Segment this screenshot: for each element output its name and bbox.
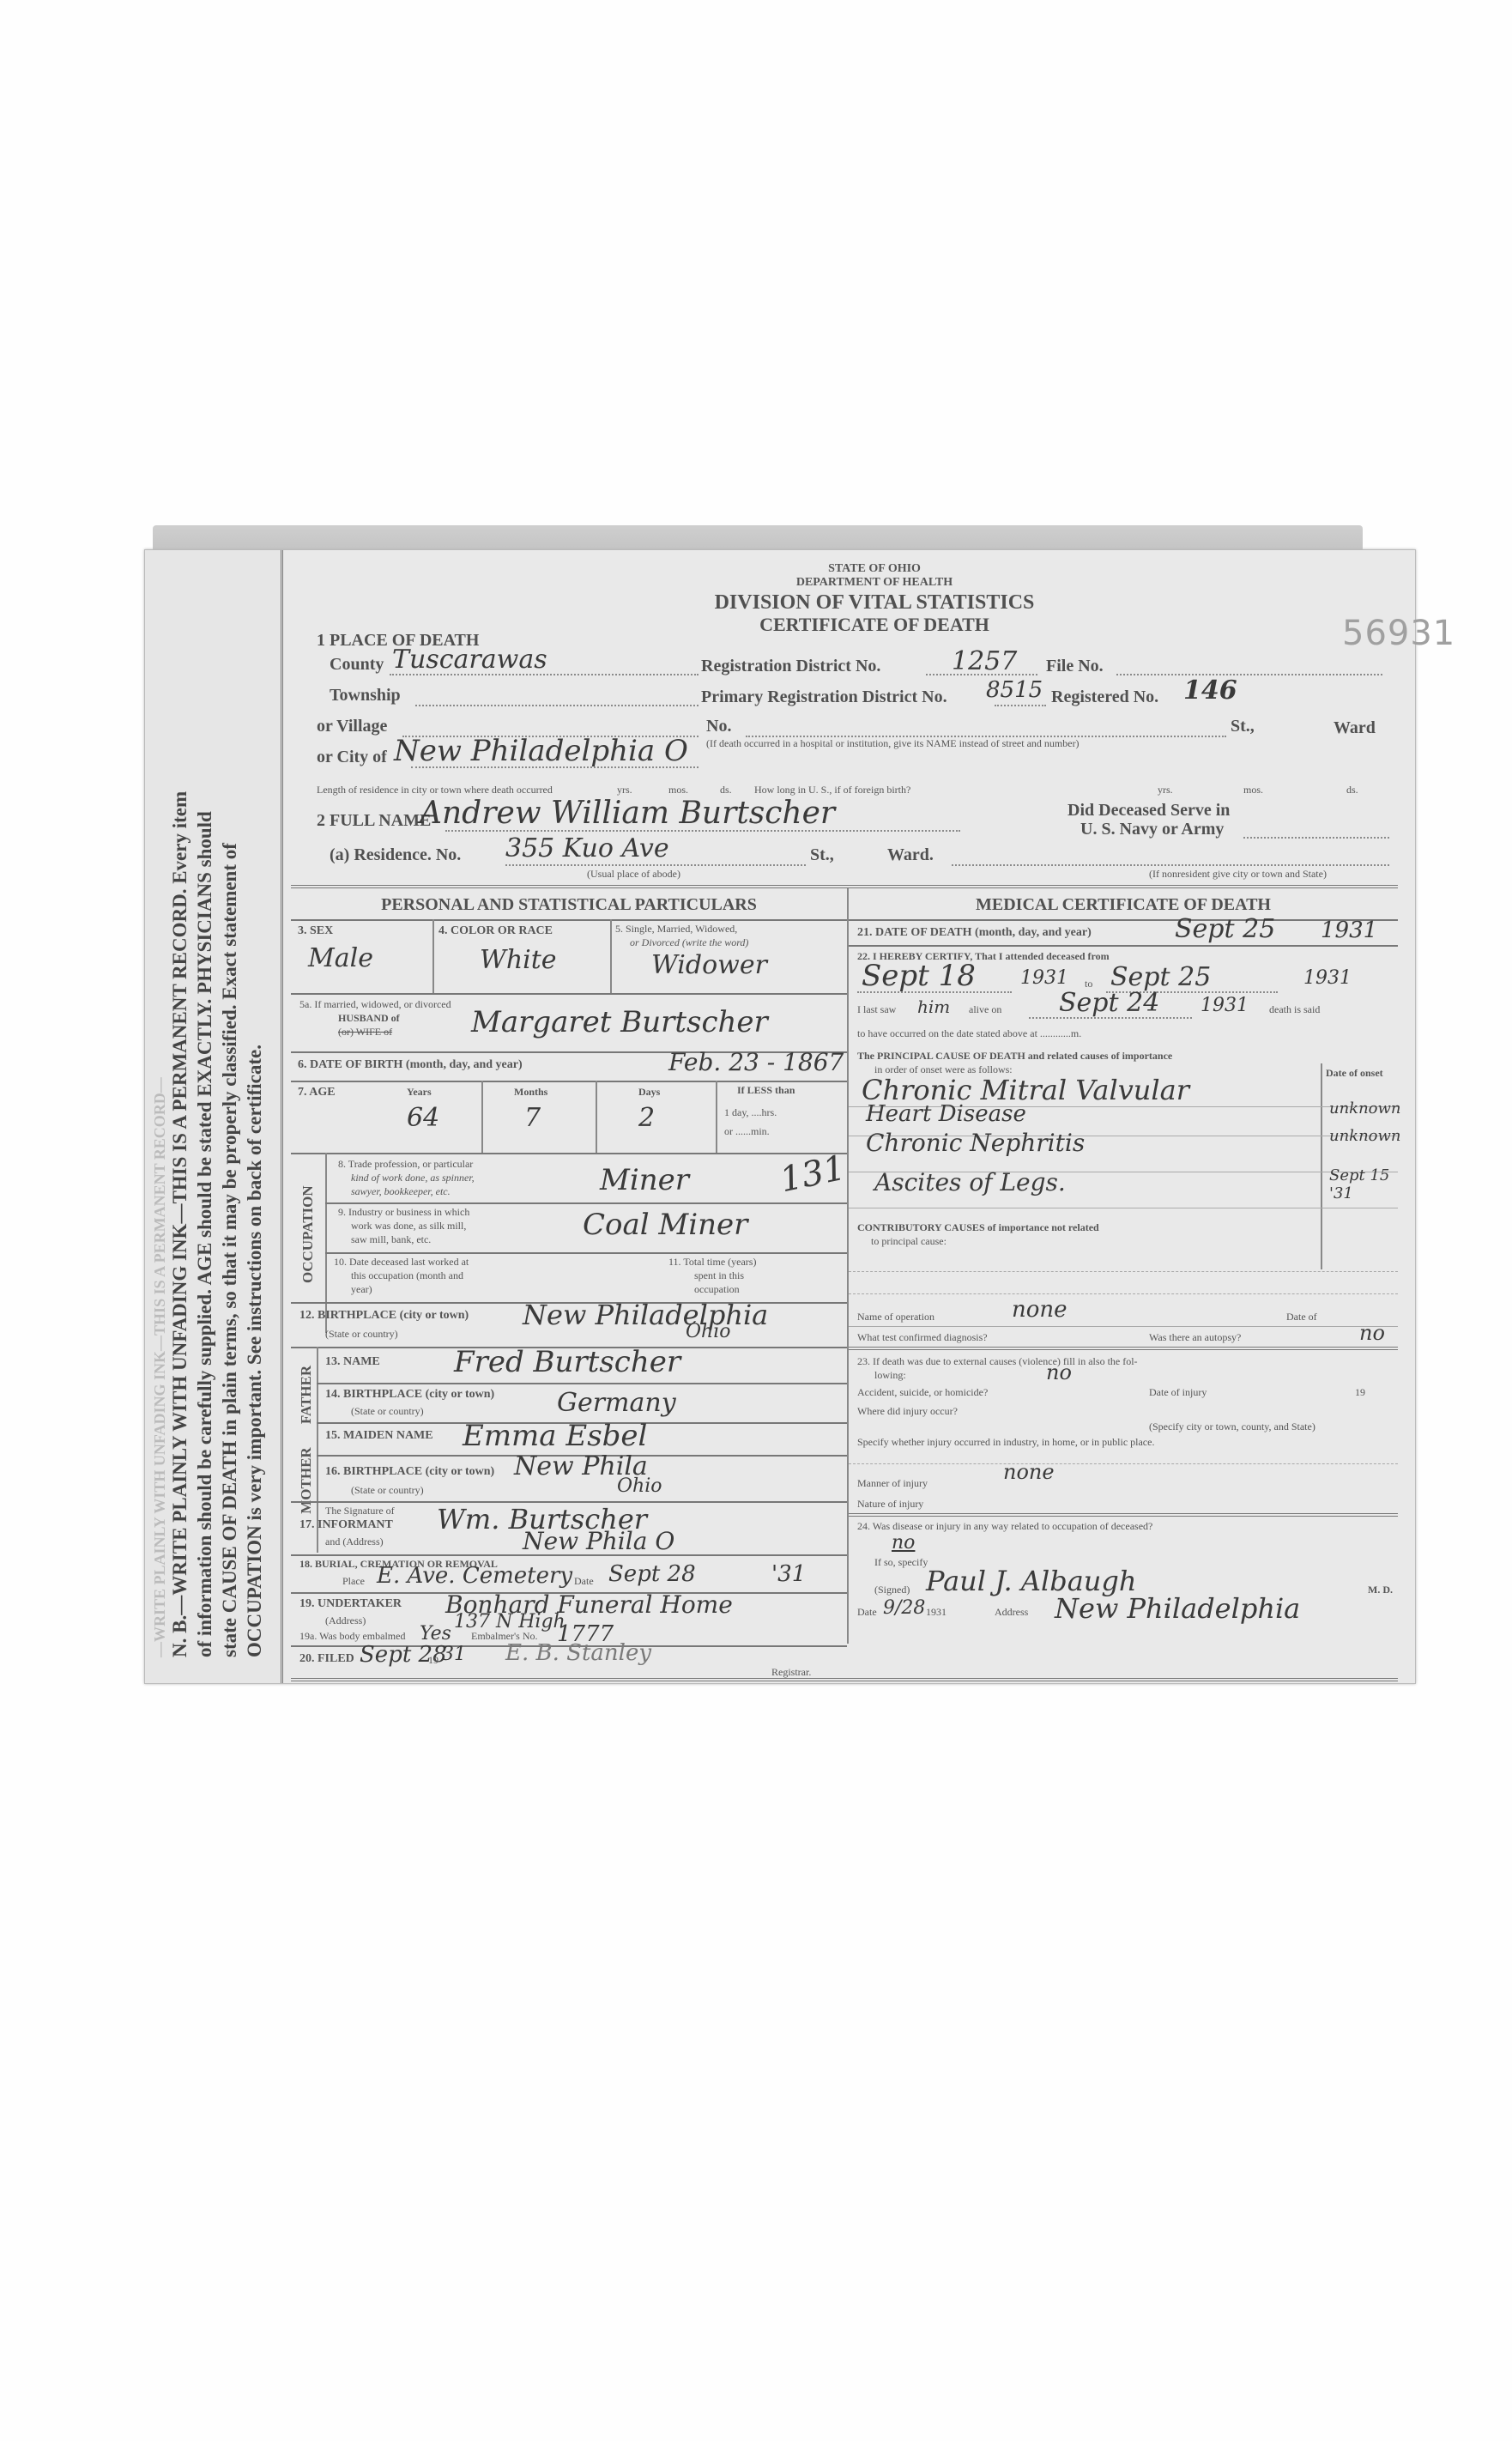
city-value: New Philadelphia O xyxy=(394,734,688,768)
injury-date-label: Date of injury xyxy=(1149,1386,1207,1399)
burial-place-value: E. Ave. Cemetery xyxy=(377,1563,572,1589)
occupation-side-label: OCCUPATION xyxy=(299,1197,317,1283)
cell-divider xyxy=(596,1081,597,1153)
state-label: STATE OF OHIO xyxy=(746,562,1003,576)
occupation-divider xyxy=(325,1153,327,1333)
foreign-mos-label: mos. xyxy=(1243,784,1263,797)
row-line xyxy=(849,1463,1398,1464)
instruction-stub: —WRITE PLAINLY WITH UNFADING INK—THIS IS… xyxy=(145,550,283,1683)
residence-value: 355 Kuo Ave xyxy=(505,833,669,863)
personal-section-title: PERSONAL AND STATISTICAL PARTICULARS xyxy=(291,895,847,915)
to-year-value: 1931 xyxy=(1303,967,1352,989)
age-years-value: 64 xyxy=(407,1103,439,1133)
certificate-title: CERTIFICATE OF DEATH xyxy=(660,614,1089,636)
cause-label-1: The PRINCIPAL CAUSE OF DEATH and related… xyxy=(857,1050,1172,1063)
sign-year-value: 1931 xyxy=(926,1606,947,1619)
mother-name-value: Emma Esbel xyxy=(463,1419,647,1453)
hospital-note: (If death occurred in a hospital or inst… xyxy=(706,737,1080,750)
county-label: County xyxy=(330,655,384,675)
total-time-label-1: 11. Total time (years) xyxy=(668,1256,756,1269)
bleed-through-text: —WRITE PLAINLY WITH UNFADING INK—THIS IS… xyxy=(152,576,167,1657)
where-injury-note: (Specify city or town, county, and State… xyxy=(1149,1420,1315,1433)
last-saw-label: I last saw xyxy=(857,1003,896,1016)
cause-3: Chronic Nephritis xyxy=(866,1129,1085,1157)
primary-registration-value: 8515 xyxy=(986,677,1043,703)
cause-2: Heart Disease xyxy=(866,1101,1026,1127)
mother-birthplace-state-label: (State or country) xyxy=(351,1484,424,1497)
industry-label-3: saw mill, bank, etc. xyxy=(351,1233,431,1246)
nonresident-line xyxy=(952,864,1389,866)
row-line xyxy=(849,1513,1398,1517)
undertaker-label: 19. UNDERTAKER xyxy=(299,1597,402,1611)
informant-address-value: New Phila O xyxy=(523,1527,674,1555)
age-months-value: 7 xyxy=(524,1103,541,1133)
birthplace-label: 12. BIRTHPLACE (city or town) xyxy=(299,1309,469,1323)
instruction-line-2: of information should be carefully suppl… xyxy=(192,576,217,1657)
cell-divider xyxy=(432,919,434,993)
mother-name-label: 15. MAIDEN NAME xyxy=(325,1429,433,1443)
file-no-label: File No. xyxy=(1046,657,1104,676)
occupation-related-value: no xyxy=(892,1532,915,1554)
last-saw-date-value: Sept 24 xyxy=(1059,988,1159,1018)
attended-from-line xyxy=(857,991,1012,993)
less-hrs-label: 1 day, ....hrs. xyxy=(724,1106,777,1119)
operation-label: Name of operation xyxy=(857,1311,934,1323)
sign-date-label: Date xyxy=(857,1606,877,1619)
cell-divider xyxy=(716,1081,717,1153)
autopsy-value: no xyxy=(1359,1321,1385,1345)
dod-label: 21. DATE OF DEATH (month, day, and year) xyxy=(857,926,1092,940)
residence-st-label: St., xyxy=(810,845,834,865)
cause-3-onset: unknown xyxy=(1329,1127,1401,1145)
ward-label: Ward xyxy=(1334,718,1376,738)
county-value: Tuscarawas xyxy=(392,645,547,675)
foreign-yrs-label: yrs. xyxy=(1158,784,1173,797)
registrar-signature: E. B. Stanley xyxy=(505,1640,651,1666)
foreign-ds-label: ds. xyxy=(1346,784,1358,797)
department-label: DEPARTMENT OF HEALTH xyxy=(703,576,1046,590)
filed-year-prefix: 19 xyxy=(428,1654,438,1667)
filed-label: 20. FILED xyxy=(299,1652,354,1666)
birthplace-state-label: (State or country) xyxy=(325,1328,398,1341)
burial-date-value: Sept 28 xyxy=(608,1561,696,1587)
contributory-label-2: to principal cause: xyxy=(871,1235,947,1248)
age-days-value: 2 xyxy=(638,1103,655,1133)
race-label: 4. COLOR OR RACE xyxy=(438,924,553,938)
row-line xyxy=(849,945,1398,947)
months-label: Months xyxy=(514,1086,547,1099)
registration-district-label: Registration District No. xyxy=(701,657,880,676)
manner-value: none xyxy=(1003,1460,1055,1484)
township-line xyxy=(415,705,699,706)
from-year-value: 1931 xyxy=(1020,967,1068,989)
cause-4: Ascites of Legs. xyxy=(874,1168,1066,1196)
industry-label-2: work was done, as silk mill, xyxy=(351,1220,466,1233)
row-line xyxy=(849,1293,1398,1294)
cell-divider xyxy=(481,1081,483,1153)
residence-ward-label: Ward. xyxy=(887,845,934,865)
sex-value: Male xyxy=(308,943,373,973)
specify-injury-label: Specify whether injury occurred in indus… xyxy=(857,1436,1154,1449)
burial-date-label: Date xyxy=(574,1575,594,1588)
registered-no-value: 146 xyxy=(1183,675,1237,706)
onset-divider xyxy=(1321,1063,1322,1269)
less-than-label: If LESS than xyxy=(737,1084,795,1097)
instruction-line-4: OCCUPATION is very important. See instru… xyxy=(242,576,267,1657)
bottom-border xyxy=(291,1678,1398,1681)
stamp-number: 56931 xyxy=(1342,614,1455,653)
row-line xyxy=(849,1347,1398,1350)
instruction-line-3: state CAUSE OF DEATH in plain terms, so … xyxy=(217,576,242,1657)
industry-value: Coal Miner xyxy=(583,1208,747,1242)
spouse-label-3: (or) WIFE of xyxy=(338,1026,392,1039)
row-line xyxy=(849,1208,1398,1208)
autopsy-label: Was there an autopsy? xyxy=(1149,1331,1241,1344)
alive-on-label: alive on xyxy=(969,1003,1001,1016)
industry-label-1: 9. Industry or business in which xyxy=(338,1206,469,1219)
total-time-label-2: spent in this xyxy=(694,1269,744,1282)
sex-label: 3. SEX xyxy=(298,924,333,938)
street-label: St., xyxy=(1231,717,1255,736)
street-no-label: No. xyxy=(706,717,731,736)
trade-label-1: 8. Trade profession, or particular xyxy=(338,1158,473,1171)
external-causes-value: no xyxy=(1046,1360,1072,1384)
row-line xyxy=(325,1202,847,1204)
certificate-form: STATE OF OHIO DEPARTMENT OF HEALTH DIVIS… xyxy=(291,562,1398,1669)
navy-line xyxy=(1243,837,1389,839)
primary-registration-line xyxy=(995,705,1046,706)
test-label: What test confirmed diagnosis? xyxy=(857,1331,988,1344)
cause-4-onset: Sept 15 '31 xyxy=(1329,1166,1398,1202)
less-min-label: or ......min. xyxy=(724,1125,770,1138)
spouse-value: Margaret Burtscher xyxy=(471,1005,768,1039)
dod-year-value: 1931 xyxy=(1321,918,1377,943)
md-label: M. D. xyxy=(1368,1584,1393,1596)
attended-from-value: Sept 18 xyxy=(862,959,976,993)
row-line xyxy=(317,1383,847,1384)
abode-note: (Usual place of abode) xyxy=(587,868,680,881)
race-value: White xyxy=(480,945,557,975)
trade-label-2: kind of work done, as spinner, xyxy=(351,1172,475,1184)
father-birthplace-label: 14. BIRTHPLACE (city or town) xyxy=(325,1388,494,1402)
years-label: Years xyxy=(407,1086,432,1099)
city-label: or City of xyxy=(317,748,387,767)
death-certificate: —WRITE PLAINLY WITH UNFADING INK—THIS IS… xyxy=(144,549,1416,1684)
division-title: DIVISION OF VITAL STATISTICS xyxy=(660,591,1089,615)
length-ds-label: ds. xyxy=(720,784,732,797)
informant-label-1: The Signature of xyxy=(325,1505,395,1517)
dob-label: 6. DATE OF BIRTH (month, day, and year) xyxy=(298,1058,523,1072)
registrar-label: Registrar. xyxy=(771,1666,811,1679)
navy-service-label: Did Deceased Serve in xyxy=(1067,801,1230,821)
registration-district-value: 1257 xyxy=(952,646,1017,676)
spouse-label-1: 5a. If married, widowed, or divorced xyxy=(299,998,451,1011)
days-label: Days xyxy=(638,1086,660,1099)
cell-divider xyxy=(610,919,612,993)
last-worked-label-3: year) xyxy=(351,1283,372,1296)
marital-label-2: or Divorced (write the word) xyxy=(630,936,748,949)
medical-section-title: MEDICAL CERTIFICATE OF DEATH xyxy=(849,895,1398,915)
physician-address-value: New Philadelphia xyxy=(1055,1592,1300,1625)
mother-birthplace-label: 16. BIRTHPLACE (city or town) xyxy=(325,1465,494,1479)
undertaker-address-label: (Address) xyxy=(325,1614,366,1627)
row-line xyxy=(291,919,847,921)
trade-value: Miner xyxy=(600,1163,689,1197)
foreign-birth-label: How long in U. S., if of foreign birth? xyxy=(754,784,910,797)
signed-label: (Signed) xyxy=(874,1584,910,1596)
trade-label-3: sawyer, bookkeeper, etc. xyxy=(351,1185,451,1198)
onset-label: Date of onset xyxy=(1326,1067,1383,1080)
birthplace-value: New Philadelphia xyxy=(523,1299,768,1331)
occupation-related-label: 24. Was disease or injury in any way rel… xyxy=(857,1520,1152,1533)
operation-date-label: Date of xyxy=(1286,1311,1317,1323)
length-residence-label: Length of residence in city or town wher… xyxy=(317,784,553,797)
death-said-label: death is said xyxy=(1269,1003,1320,1016)
last-saw-year-value: 1931 xyxy=(1201,995,1249,1016)
residence-line xyxy=(505,864,806,866)
last-worked-label-1: 10. Date deceased last worked at xyxy=(334,1256,469,1269)
primary-registration-label: Primary Registration District No. xyxy=(701,687,947,707)
nonresident-note: (If nonresident give city or town and St… xyxy=(1149,868,1327,881)
embalmed-label: 19a. Was body embalmed xyxy=(299,1630,405,1643)
marital-status-value: Widower xyxy=(651,950,767,980)
registered-no-label: Registered No. xyxy=(1051,687,1158,707)
age-label: 7. AGE xyxy=(298,1086,336,1099)
full-name-value: Andrew William Burtscher xyxy=(420,796,835,831)
row-line xyxy=(291,1153,847,1154)
dod-value: Sept 25 xyxy=(1175,914,1275,944)
full-name-label: 2 FULL NAME xyxy=(317,811,431,831)
birthplace-state-value: Ohio xyxy=(686,1321,731,1342)
accident-label: Accident, suicide, or homicide? xyxy=(857,1386,988,1399)
occupation-code-mark: 131 xyxy=(777,1148,849,1201)
occurred-label: to have occurred on the date stated abov… xyxy=(857,1027,1081,1040)
row-line xyxy=(325,1252,847,1254)
physician-address-label: Address xyxy=(995,1606,1028,1619)
contributory-label-1: CONTRIBUTORY CAUSES of importance not re… xyxy=(857,1221,1099,1234)
row-line xyxy=(291,993,847,995)
length-mos-label: mos. xyxy=(668,784,688,797)
mother-birthplace-state-value: Ohio xyxy=(617,1475,662,1497)
father-name-value: Fred Burtscher xyxy=(454,1345,680,1379)
if-so-label: If so, specify xyxy=(874,1556,928,1569)
burial-year-value: '31 xyxy=(771,1561,806,1587)
operation-value: none xyxy=(1012,1297,1067,1323)
father-side-label: FATHER xyxy=(298,1360,315,1429)
row-line xyxy=(291,1081,847,1082)
row-line xyxy=(849,919,1398,921)
filed-year-value: 31 xyxy=(442,1644,466,1665)
external-causes-label-2: lowing: xyxy=(874,1369,906,1382)
village-label: or Village xyxy=(317,717,387,736)
external-causes-label-1: 23. If death was due to external causes … xyxy=(857,1355,1138,1368)
informant-label-3: and (Address) xyxy=(325,1535,384,1548)
row-line xyxy=(849,1326,1398,1327)
length-yrs-label: yrs. xyxy=(617,784,632,797)
mother-side-label: MOTHER xyxy=(298,1446,315,1515)
burial-place-label: Place xyxy=(342,1575,365,1588)
instruction-line-1: N. B.—WRITE PLAINLY WITH UNFADING INK—TH… xyxy=(167,576,192,1657)
nature-label: Nature of injury xyxy=(857,1498,923,1511)
father-birthplace-state-label: (State or country) xyxy=(351,1405,424,1418)
injury-year-label: 19 xyxy=(1355,1386,1365,1399)
cause-2-onset: unknown xyxy=(1329,1099,1401,1118)
last-saw-line xyxy=(1029,1017,1192,1019)
last-worked-label-2: this occupation (month and xyxy=(351,1269,463,1282)
section-divider xyxy=(291,885,1398,888)
manner-label: Manner of injury xyxy=(857,1477,928,1490)
row-line xyxy=(849,1271,1398,1272)
residence-label: (a) Residence. No. xyxy=(330,845,461,865)
row-line xyxy=(291,1554,847,1556)
dob-value: Feb. 23 - 1867 xyxy=(668,1048,844,1076)
file-no-line xyxy=(1116,674,1382,675)
father-name-label: 13. NAME xyxy=(325,1355,380,1369)
total-time-label-3: occupation xyxy=(694,1283,740,1296)
column-divider xyxy=(847,888,849,1644)
navy-army-label: U. S. Navy or Army xyxy=(1080,820,1224,839)
informant-label-2: 17. INFORMANT xyxy=(299,1518,393,1532)
last-saw-pronoun: him xyxy=(917,996,950,1017)
marital-label-1: 5. Single, Married, Widowed, xyxy=(615,923,737,936)
father-birthplace-value: Germany xyxy=(557,1388,676,1418)
township-label: Township xyxy=(330,686,401,706)
sign-date-value: 9/28 xyxy=(883,1597,925,1619)
instruction-text: —WRITE PLAINLY WITH UNFADING INK—THIS IS… xyxy=(145,550,281,1683)
spouse-label-2: HUSBAND of xyxy=(338,1012,400,1025)
where-injury-label: Where did injury occur? xyxy=(857,1405,958,1418)
